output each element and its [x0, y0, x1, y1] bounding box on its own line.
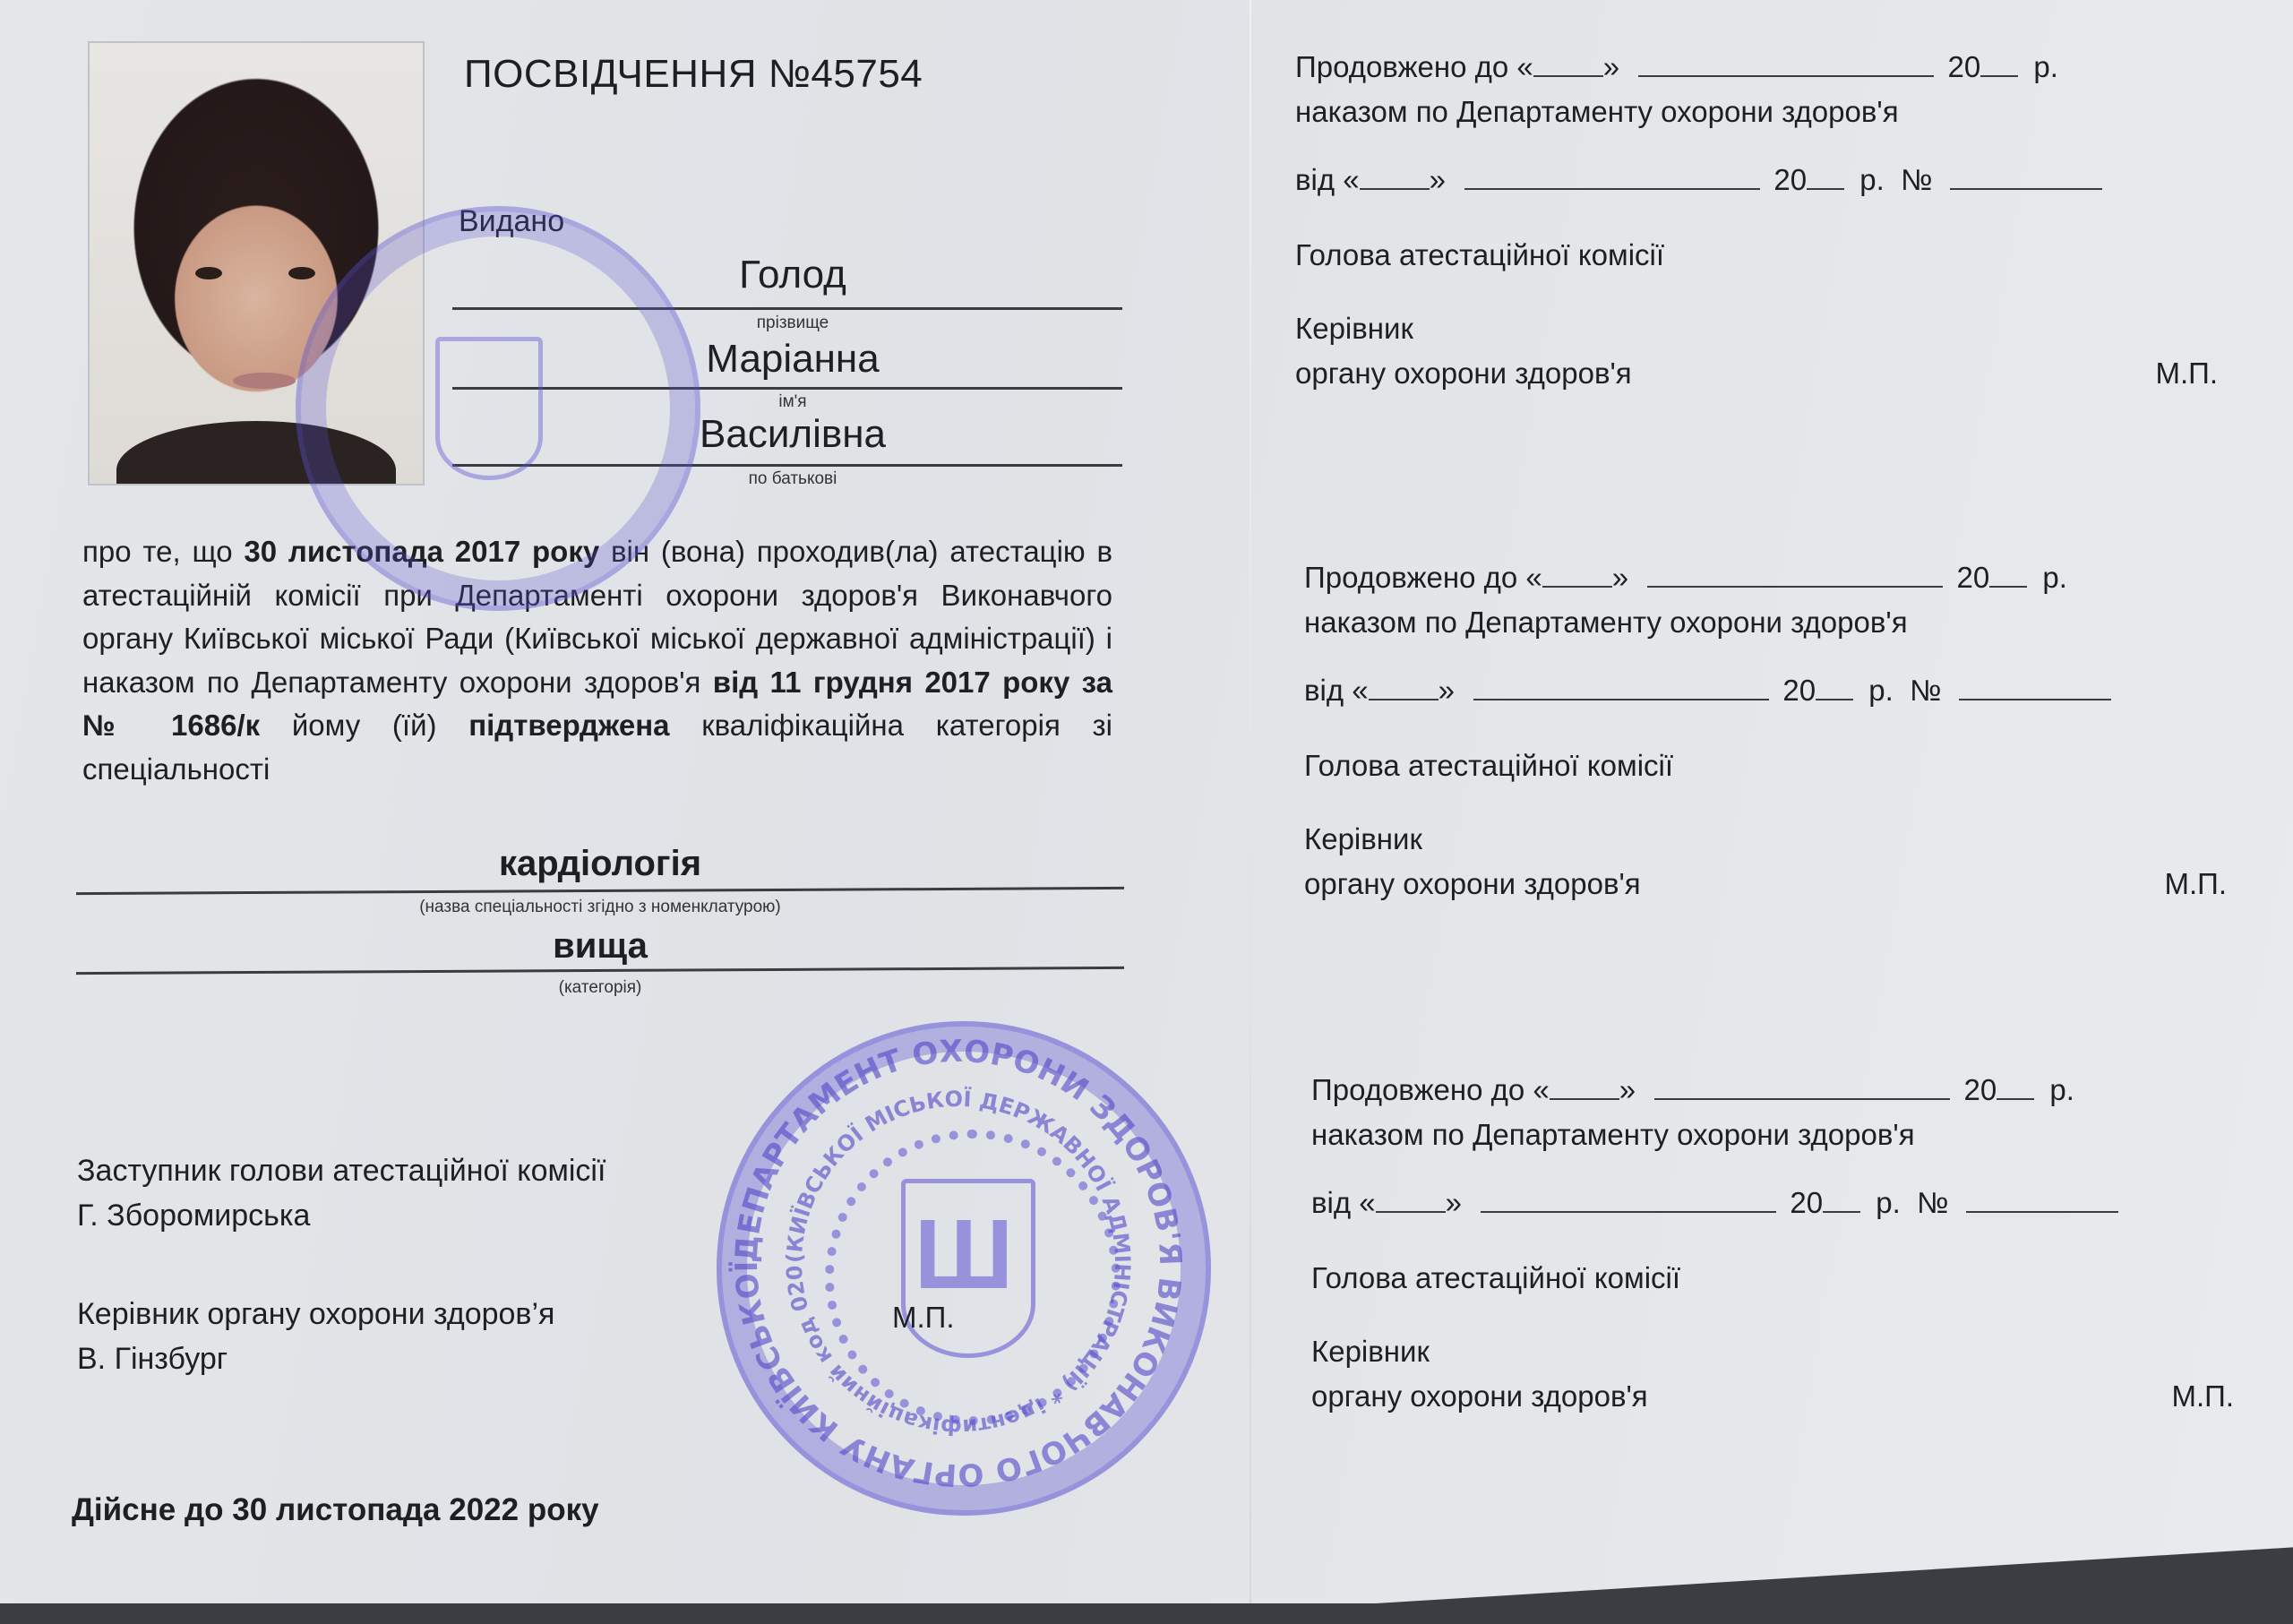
from-year-blank[interactable] — [1807, 161, 1844, 190]
photo-eye-left — [195, 267, 222, 279]
body-mid: йому (їй) — [260, 709, 468, 742]
deputy-chair-role: Заступник голови атестаційної комісії — [77, 1154, 605, 1189]
trident-icon: Ш — [906, 1206, 1022, 1304]
order-number-blank[interactable] — [1959, 672, 2111, 700]
from-year-blank[interactable] — [1823, 1184, 1860, 1213]
day-blank[interactable] — [1533, 48, 1603, 77]
seal-label: М.П. — [892, 1301, 955, 1335]
extension-block: Продовжено до «» 20 р. наказом по Департ… — [1311, 1068, 2234, 1419]
from-line: від «» 20 р. № — [1304, 668, 2227, 713]
extension-seal-label: М.П. — [2155, 351, 2218, 396]
year-blank[interactable] — [1997, 1071, 2034, 1100]
from-day-blank[interactable] — [1376, 1184, 1446, 1213]
day-blank[interactable] — [1550, 1071, 1619, 1100]
from-day-blank[interactable] — [1369, 672, 1438, 700]
body-prefix: про те, що — [82, 535, 244, 568]
year-blank[interactable] — [1989, 559, 2027, 588]
chair-label: Голова атестаційної комісії — [1304, 743, 2227, 788]
order-number-blank[interactable] — [1950, 161, 2102, 190]
order-line: наказом по Департаменту охорони здоров'я — [1304, 600, 2227, 645]
page-fold — [1250, 0, 1251, 1603]
head-label: Керівник — [1295, 306, 2218, 351]
deputy-chair-name: Г. Зборомирська — [77, 1199, 310, 1233]
chair-label: Голова атестаційної комісії — [1311, 1256, 2234, 1301]
official-stamp: ДЕПАРТАМЕНТ ОХОРОНИ ЗДОРОВ'Я ВИКОНАВЧОГО… — [717, 1021, 1211, 1516]
extension-block: Продовжено до «» 20 р. наказом по Департ… — [1295, 45, 2218, 396]
specialty-value: кардіологія — [81, 844, 1120, 884]
category-caption: (категорія) — [81, 978, 1120, 998]
order-line: наказом по Департаменту охорони здоров'я — [1295, 90, 2218, 134]
order-line: наказом по Департаменту охорони здоров'я — [1311, 1113, 2234, 1157]
head-name: В. Гінзбург — [77, 1342, 228, 1377]
month-blank[interactable] — [1647, 559, 1943, 588]
head-org-line: органу охорони здоров'я М.П. — [1304, 862, 2227, 907]
from-month-blank[interactable] — [1473, 672, 1769, 700]
extension-block: Продовжено до «» 20 р. наказом по Департ… — [1304, 555, 2227, 907]
extended-until-line: Продовжено до «» 20 р. — [1295, 45, 2218, 90]
extension-seal-label: М.П. — [2171, 1374, 2234, 1419]
head-label: Керівник — [1304, 817, 2227, 862]
confirmed-word: підтверджена — [468, 709, 669, 742]
extension-seal-label: М.П. — [2164, 862, 2227, 907]
day-blank[interactable] — [1542, 559, 1612, 588]
from-month-blank[interactable] — [1464, 161, 1760, 190]
from-year-blank[interactable] — [1816, 672, 1853, 700]
head-label: Керівник — [1311, 1329, 2234, 1374]
photo-stamp-shield-icon — [435, 337, 543, 480]
photo-stamp — [296, 206, 700, 611]
year-blank[interactable] — [1980, 48, 2018, 77]
month-blank[interactable] — [1654, 1071, 1950, 1100]
photo-eye-right — [288, 267, 315, 279]
month-blank[interactable] — [1638, 48, 1934, 77]
category-value: вища — [81, 926, 1120, 967]
from-day-blank[interactable] — [1360, 161, 1430, 190]
valid-until: Дійсне до 30 листопада 2022 року — [72, 1492, 599, 1528]
from-line: від «» 20 р. № — [1295, 158, 2218, 202]
from-line: від «» 20 р. № — [1311, 1181, 2234, 1225]
specialty-caption: (назва спеціальності згідно з номенклату… — [81, 898, 1120, 917]
extended-until-line: Продовжено до «» 20 р. — [1304, 555, 2227, 600]
head-org-line: органу охорони здоров'я М.П. — [1311, 1374, 2234, 1419]
photo-mouth — [233, 373, 296, 389]
chair-label: Голова атестаційної комісії — [1295, 233, 2218, 278]
head-role: Керівник органу охорони здоров’я — [77, 1297, 554, 1332]
extended-until-line: Продовжено до «» 20 р. — [1311, 1068, 2234, 1113]
order-number-blank[interactable] — [1966, 1184, 2118, 1213]
certificate-title: ПОСВІДЧЕННЯ №45754 — [464, 52, 923, 97]
head-org-line: органу охорони здоров'я М.П. — [1295, 351, 2218, 396]
from-month-blank[interactable] — [1481, 1184, 1776, 1213]
